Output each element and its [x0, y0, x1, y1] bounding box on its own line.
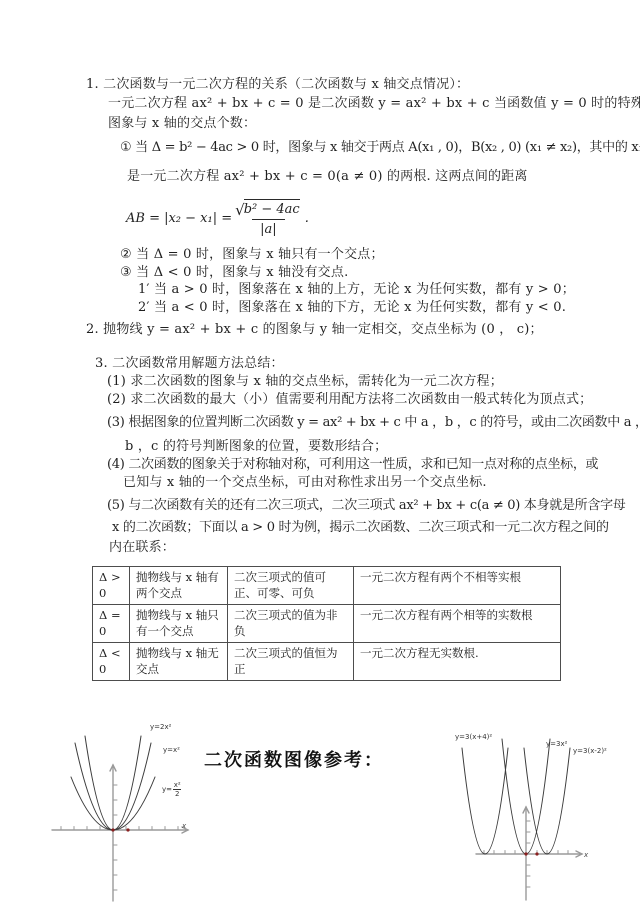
method-3: (3) 根据图象的位置判断二次函数 y = ax² + bx + c 中 a ，… — [107, 415, 640, 431]
table-cell-delta: Δ > 0 — [93, 567, 130, 605]
unit-dot — [126, 828, 129, 831]
point-1-text: ① 当 Δ = b² − 4ac > 0 时，图象与 x 轴交于两点 A(x₁ … — [120, 140, 640, 156]
x-axis-label: x — [583, 851, 589, 859]
table-cell-equation: 一元二次方程有两个相等的实数根 — [354, 605, 561, 643]
table-row: Δ < 0 抛物线与 x 轴无交点 二次三项式的值恒为正 一元二次方程无实数根. — [93, 643, 561, 681]
curve-label-3x-minus2: y=3(x-2)² — [573, 747, 607, 755]
section-1-subtext: 图象与 x 轴的交点个数： — [108, 116, 256, 132]
left-graph: x — [40, 705, 240, 904]
formula-lhs: AB = |x₂ − x₁| = — [126, 211, 232, 226]
table-cell-delta: Δ = 0 — [93, 605, 130, 643]
table-cell-parabola: 抛物线与 x 轴无交点 — [130, 643, 228, 681]
method-3-cont: b ，c 的符号判断图象的位置，要数形结合； — [125, 439, 387, 455]
formula-period: . — [305, 211, 309, 226]
curve-label-3x-plus4: y=3(x+4)² — [455, 733, 492, 741]
method-2: (2) 求二次函数的最大（小）值需要利用配方法将二次函数由一般式转化为顶点式； — [107, 392, 592, 408]
formula-radicand: b² − 4ac — [244, 199, 300, 217]
x-axis-label: x — [181, 822, 187, 830]
subpoint-1-text: 1′ 当 a > 0 时，图象落在 x 轴的上方，无论 x 为任何实数，都有 y… — [138, 282, 575, 298]
curve-label-x2: y=x² — [163, 746, 180, 754]
point-1-text-cont: 是一元二次方程 ax² + bx + c = 0(a ≠ 0) 的两根. 这两点… — [127, 169, 528, 185]
origin-dot — [524, 852, 527, 855]
frac-label-prefix: y= — [162, 786, 172, 794]
table-cell-trinomial: 二次三项式的值恒为正 — [228, 643, 354, 681]
unit-dot — [535, 852, 538, 855]
curve-label-2x2: y=2x² — [150, 723, 171, 731]
section-2-text: 2. 抛物线 y = ax² + bx + c 的图象与 y 轴一定相交，交点坐… — [86, 322, 543, 338]
table-row: Δ = 0 抛物线与 x 轴只有一个交点 二次三项式的值为非负 一元二次方程有两… — [93, 605, 561, 643]
section-3-heading: 3. 二次函数常用解题方法总结： — [95, 356, 284, 372]
table-cell-trinomial: 二次三项式的值为非负 — [228, 605, 354, 643]
section-1-heading: 1. 二次函数与一元二次方程的关系（二次函数与 x 轴交点情况）： — [86, 77, 469, 93]
table-cell-equation: 一元二次方程无实数根. — [354, 643, 561, 681]
table-row: Δ > 0 抛物线与 x 轴有两个交点 二次三项式的值可正、可零、可负 一元二次… — [93, 567, 561, 605]
subpoint-2-text: 2′ 当 a < 0 时，图象落在 x 轴的下方，无论 x 为任何实数，都有 y… — [138, 300, 566, 316]
distance-formula: AB = |x₂ − x₁| = √ b² − 4ac |a| . — [126, 199, 309, 237]
frac-label-denominator: 2 — [173, 789, 181, 798]
table-cell-parabola: 抛物线与 x 轴只有一个交点 — [130, 605, 228, 643]
curve-y-3x-plus4-sq — [462, 748, 508, 854]
formula-fraction: √ b² − 4ac |a| — [235, 199, 302, 237]
formula-denominator: |a| — [252, 219, 285, 237]
method-5-cont: x 的二次函数；下面以 a > 0 时为例，揭示二次函数、二次三项式和一元二次方… — [112, 520, 609, 536]
table-cell-delta: Δ < 0 — [93, 643, 130, 681]
curve-label-3x2: y=3x² — [546, 740, 567, 748]
document-page: 1. 二次函数与一元二次方程的关系（二次函数与 x 轴交点情况）： 一元二次方程… — [0, 0, 640, 904]
point-3-text: ③ 当 Δ < 0 时，图象与 x 轴没有交点. — [120, 265, 348, 281]
frac-label-numerator: x² — [174, 781, 181, 789]
table-cell-parabola: 抛物线与 x 轴有两个交点 — [130, 567, 228, 605]
method-1: (1) 求二次函数的图象与 x 轴的交点坐标，需转化为一元二次方程； — [107, 374, 503, 390]
delta-comparison-table: Δ > 0 抛物线与 x 轴有两个交点 二次三项式的值可正、可零、可负 一元二次… — [92, 566, 561, 681]
point-2-text: ② 当 Δ = 0 时，图象与 x 轴只有一个交点； — [120, 247, 384, 263]
method-4-cont: 已知与 x 轴的一个交点坐标，可由对称性求出另一个交点坐标. — [123, 475, 487, 491]
method-5: (5) 与二次函数有关的还有二次三项式，二次三项式 ax² + bx + c(a… — [107, 498, 625, 514]
table-cell-equation: 一元二次方程有两个不相等实根 — [354, 567, 561, 605]
section-1-text: 一元二次方程 ax² + bx + c = 0 是二次函数 y = ax² + … — [108, 96, 640, 112]
method-4: (4) 二次函数的图象关于对称轴对称，可利用这一性质，求和已知一点对称的点坐标，… — [107, 457, 598, 473]
table-cell-trinomial: 二次三项式的值可正、可零、可负 — [228, 567, 354, 605]
curve-label-half-x2: y=x²2 — [162, 781, 181, 798]
method-5-end: 内在联系： — [109, 540, 175, 556]
origin-dot — [111, 828, 114, 831]
